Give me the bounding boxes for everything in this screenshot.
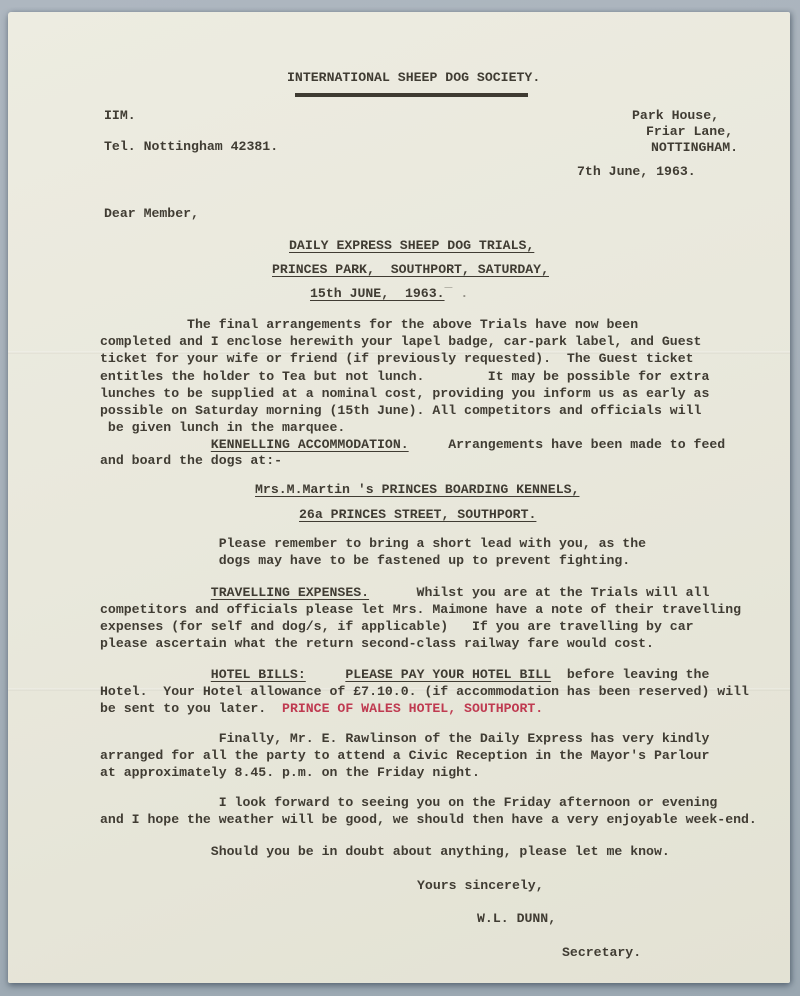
- text-segment: Mrs.M.Martin 's PRINCES BOARDING KENNELS…: [255, 482, 579, 497]
- text-segment: expenses (for self and dog/s, if applica…: [100, 619, 694, 634]
- address-line: Park House,: [632, 108, 719, 124]
- body-line: dogs may have to be fastened up to preve…: [100, 553, 630, 569]
- body-line: KENNELLING ACCOMMODATION. Arrangements h…: [100, 437, 725, 453]
- text-segment: arranged for all the party to attend a C…: [100, 748, 709, 763]
- text-segment: Dear Member,: [104, 206, 199, 221]
- body-line: be given lunch in the marquee.: [100, 420, 345, 436]
- text-segment: I look forward to seeing you on the Frid…: [100, 795, 717, 810]
- text-segment: Finally, Mr. E. Rawlinson of the Daily E…: [100, 731, 709, 746]
- text-segment: Park House,: [632, 108, 719, 123]
- closing-line: Yours sincerely,: [417, 878, 544, 894]
- body-line: expenses (for self and dog/s, if applica…: [100, 619, 694, 635]
- body-line: I look forward to seeing you on the Frid…: [100, 795, 717, 811]
- text-segment: [100, 585, 211, 600]
- text-segment: lunches to be supplied at a nominal cost…: [100, 386, 709, 401]
- body-line: possible on Saturday morning (15th June)…: [100, 403, 701, 419]
- society-name: INTERNATIONAL SHEEP DOG SOCIETY.: [287, 70, 540, 86]
- kennels-line: Mrs.M.Martin 's PRINCES BOARDING KENNELS…: [255, 482, 579, 498]
- text-segment: TRAVELLING EXPENSES.: [211, 585, 369, 600]
- text-segment: PRINCES PARK, SOUTHPORT, SATURDAY,: [272, 262, 549, 277]
- text-segment: possible on Saturday morning (15th June)…: [100, 403, 701, 418]
- text-segment: and board the dogs at:-: [100, 453, 282, 468]
- text-segment: entitles the holder to Tea but not lunch…: [100, 369, 709, 384]
- body-line: and board the dogs at:-: [100, 453, 282, 469]
- salutation: Dear Member,: [104, 206, 199, 222]
- body-line: entitles the holder to Tea but not lunch…: [100, 369, 709, 385]
- body-line: be sent to you later. PRINCE OF WALES HO…: [100, 701, 543, 717]
- hotel-name-red-text: PRINCE OF WALES HOTEL, SOUTHPORT.: [282, 701, 543, 716]
- text-segment: Should you be in doubt about anything, p…: [100, 844, 670, 859]
- text-segment: Whilst you are at the Trials will all: [369, 585, 709, 600]
- text-segment: PLEASE PAY YOUR HOTEL BILL: [345, 667, 551, 682]
- text-segment: Arrangements have been made to feed: [409, 437, 726, 452]
- text-segment: be given lunch in the marquee.: [100, 420, 345, 435]
- text-segment: dogs may have to be fastened up to preve…: [100, 553, 630, 568]
- text-segment: [306, 667, 346, 682]
- reference: IIM.: [104, 108, 136, 124]
- text-segment: ¯ .: [445, 286, 469, 301]
- text-segment: 26a PRINCES STREET, SOUTHPORT.: [299, 507, 536, 522]
- body-line: competitors and officials please let Mrs…: [100, 602, 741, 618]
- body-line: arranged for all the party to attend a C…: [100, 748, 709, 764]
- body-line: HOTEL BILLS: PLEASE PAY YOUR HOTEL BILL …: [100, 667, 709, 683]
- body-line: please ascertain what the return second-…: [100, 636, 654, 652]
- text-segment: at approximately 8.45. p.m. on the Frida…: [100, 765, 480, 780]
- address-line: NOTTINGHAM.: [651, 140, 738, 156]
- body-line: ticket for your wife or friend (if previ…: [100, 351, 694, 367]
- text-segment: ticket for your wife or friend (if previ…: [100, 351, 694, 366]
- scanned-letter-page: { "colors": { "ink": "#403c33", "red_ink…: [0, 0, 800, 996]
- text-segment: NOTTINGHAM.: [651, 140, 738, 155]
- letter-date: 7th June, 1963.: [577, 164, 696, 180]
- body-line: Please remember to bring a short lead wi…: [100, 536, 646, 552]
- signature-role: Secretary.: [562, 945, 641, 961]
- text-segment: 15th JUNE, 1963.: [310, 286, 445, 301]
- address-line: Friar Lane,: [646, 124, 733, 140]
- text-segment: W.L. DUNN,: [477, 911, 556, 926]
- text-segment: please ascertain what the return second-…: [100, 636, 654, 651]
- body-line: Hotel. Your Hotel allowance of £7.10.0. …: [100, 684, 749, 700]
- text-segment: completed and I enclose herewith your la…: [100, 334, 701, 349]
- text-segment: [100, 667, 211, 682]
- text-segment: be sent to you later.: [100, 701, 282, 716]
- text-segment: before leaving the: [551, 667, 709, 682]
- text-segment: Secretary.: [562, 945, 641, 960]
- body-line: and I hope the weather will be good, we …: [100, 812, 757, 828]
- text-segment: Yours sincerely,: [417, 878, 544, 893]
- subject-line: DAILY EXPRESS SHEEP DOG TRIALS,: [289, 238, 534, 254]
- text-segment: The final arrangements for the above Tri…: [100, 317, 638, 332]
- body-line: TRAVELLING EXPENSES. Whilst you are at t…: [100, 585, 709, 601]
- text-segment: HOTEL BILLS:: [211, 667, 306, 682]
- body-line: at approximately 8.45. p.m. on the Frida…: [100, 765, 480, 781]
- text-segment: competitors and officials please let Mrs…: [100, 602, 741, 617]
- text-segment: 7th June, 1963.: [577, 164, 696, 179]
- subject-line: PRINCES PARK, SOUTHPORT, SATURDAY,: [272, 262, 549, 278]
- body-line: Should you be in doubt about anything, p…: [100, 844, 670, 860]
- text-segment: Please remember to bring a short lead wi…: [100, 536, 646, 551]
- text-segment: Tel. Nottingham 42381.: [104, 139, 278, 154]
- text-segment: Friar Lane,: [646, 124, 733, 139]
- kennels-line: 26a PRINCES STREET, SOUTHPORT.: [299, 507, 536, 523]
- text-segment: Hotel. Your Hotel allowance of £7.10.0. …: [100, 684, 749, 699]
- title-underline-rule: [295, 93, 528, 97]
- body-line: lunches to be supplied at a nominal cost…: [100, 386, 709, 402]
- text-segment: IIM.: [104, 108, 136, 123]
- body-line: completed and I enclose herewith your la…: [100, 334, 701, 350]
- signature-name: W.L. DUNN,: [477, 911, 556, 927]
- subject-line: 15th JUNE, 1963.¯ .: [310, 286, 468, 302]
- text-segment: [100, 437, 211, 452]
- telephone: Tel. Nottingham 42381.: [104, 139, 278, 155]
- text-segment: and I hope the weather will be good, we …: [100, 812, 757, 827]
- body-line: The final arrangements for the above Tri…: [100, 317, 638, 333]
- text-segment: KENNELLING ACCOMMODATION.: [211, 437, 409, 452]
- body-line: Finally, Mr. E. Rawlinson of the Daily E…: [100, 731, 709, 747]
- text-segment: INTERNATIONAL SHEEP DOG SOCIETY.: [287, 70, 540, 85]
- text-segment: DAILY EXPRESS SHEEP DOG TRIALS,: [289, 238, 534, 253]
